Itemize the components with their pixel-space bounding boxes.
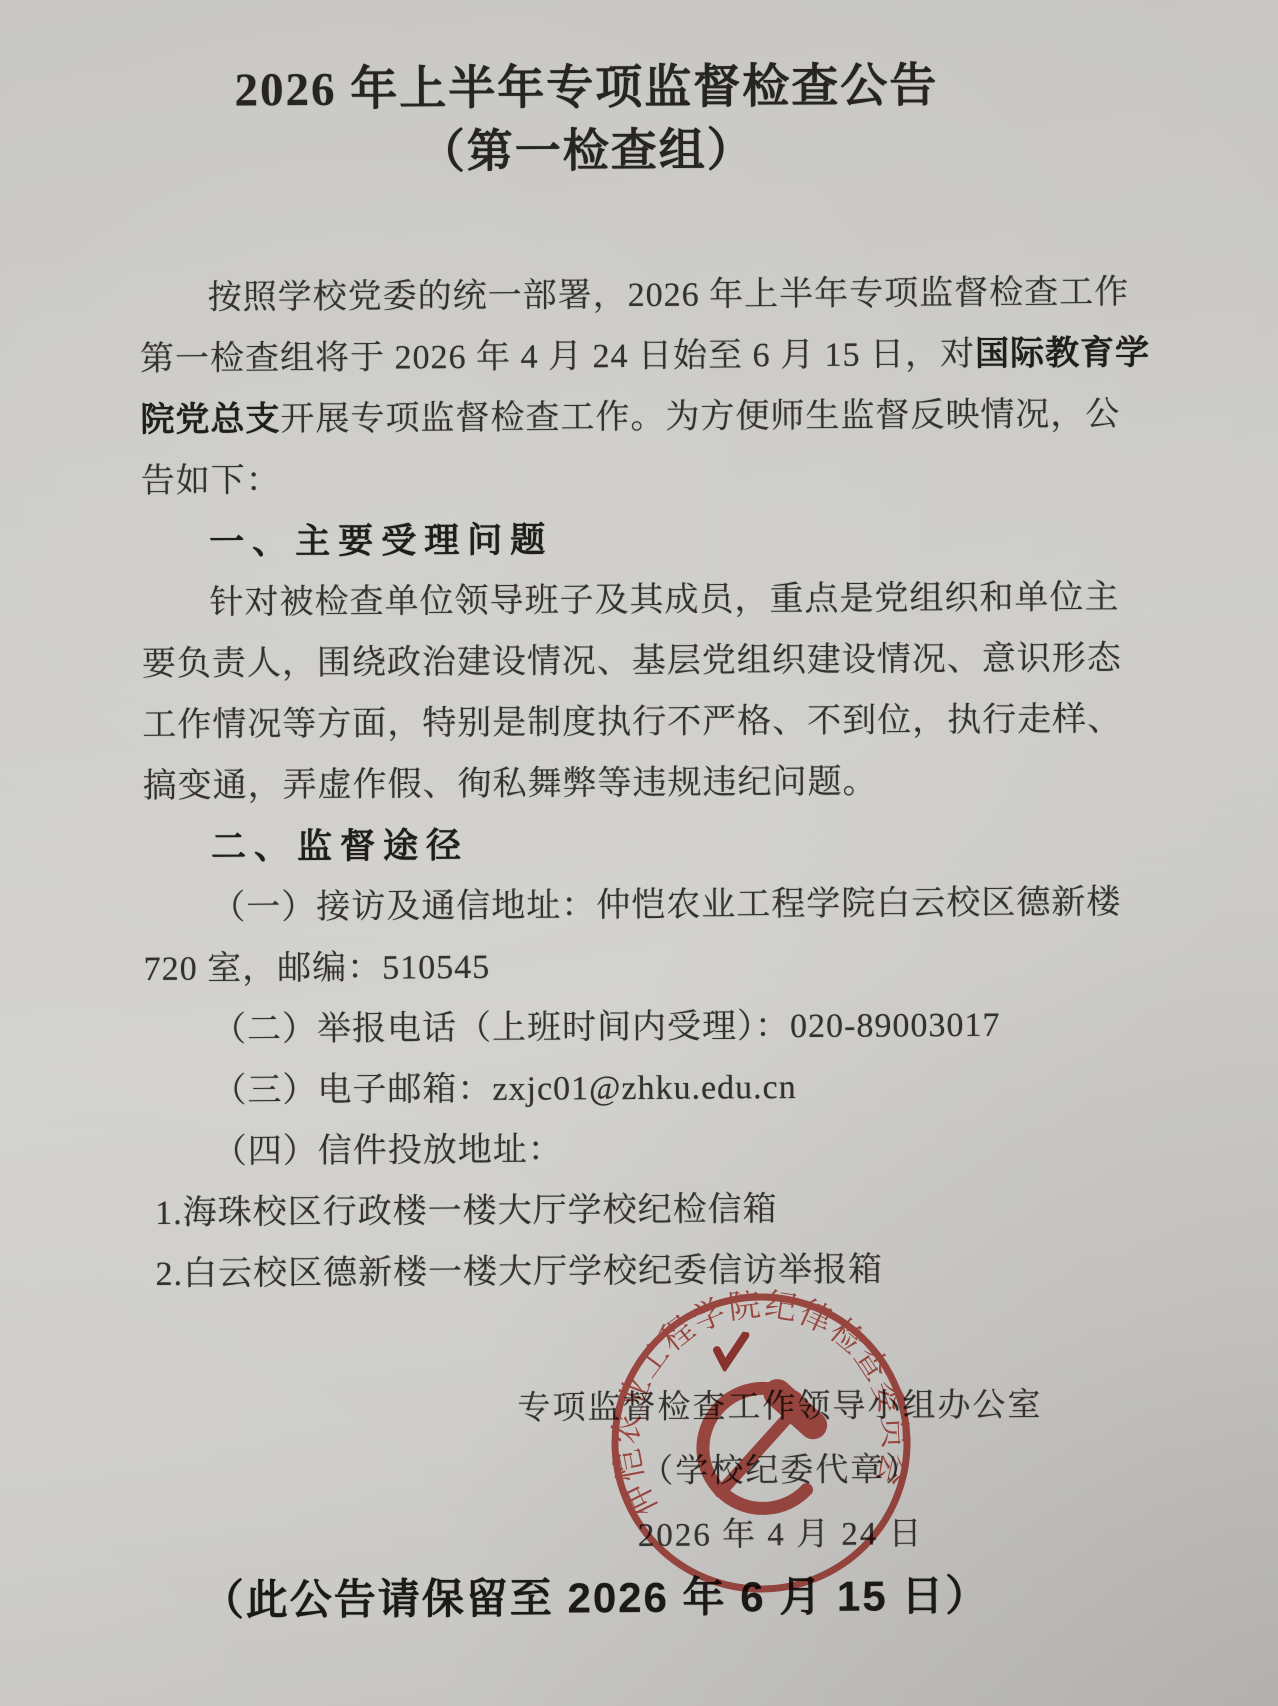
red-tick-mark: [709, 1328, 750, 1375]
doc-text: 1.海珠校区行政楼一楼大厅学校纪检信箱: [155, 1191, 778, 1232]
doc-text: （四）信件投放地址：: [213, 1131, 563, 1170]
doc-body: 按照学校党委的统一部署，2026 年上半年专项监督检查工作第一检查组将于 202…: [0, 261, 1278, 1306]
doc-line: 告如下：: [0, 444, 1277, 513]
doc-text: （三）电子邮箱：zxjc01@zhku.edu.cn: [212, 1069, 796, 1110]
doc-text: （二）举报电话（上班时间内受理）：020-89003017: [212, 1007, 1001, 1049]
doc-line: 院党总支开展专项监督检查工作。为方便师生监督反映情况，公: [0, 383, 1277, 452]
doc-text: 告如下：: [141, 462, 281, 500]
doc-line: 720 室，邮编：510545: [2, 932, 1278, 1001]
doc-line: 要负责人，围绕政治建设情况、基层党组织建设情况、意识形态: [0, 627, 1278, 696]
seal-ring-text: 仲恺农业工程学院纪律检查委员会: [600, 1282, 916, 1522]
doc-text: （一）接访及通信地址：仲恺农业工程学院白云校区德新楼: [211, 884, 1121, 927]
doc-text: 要负责人，围绕政治建设情况、基层党组织建设情况、意识形态: [142, 640, 1122, 683]
doc-line: （四）信件投放地址：: [3, 1115, 1278, 1184]
doc-line: 第一检查组将于 2026 年 4 月 24 日始至 6 月 15 日，对国际教育…: [0, 322, 1276, 391]
doc-line: 1.海珠校区行政楼一楼大厅学校纪检信箱: [3, 1176, 1278, 1245]
doc-line: 针对被检查单位领导班子及其成员，重点是党组织和单位主: [0, 566, 1278, 635]
doc-text: 720 室，邮编：510545: [144, 949, 491, 988]
doc-line: 工作情况等方面，特别是制度执行不严格、不到位，执行走样、: [0, 688, 1278, 757]
doc-text: 一、主要受理问题: [209, 521, 553, 562]
photo-background: 2026 年上半年专项监督检查公告 （第一检查组） 按照学校党委的统一部署，20…: [0, 0, 1278, 1706]
doc-line: （一）接访及通信地址：仲恺农业工程学院白云校区德新楼: [1, 871, 1278, 940]
hammer-sickle-icon: [700, 1386, 817, 1512]
doc-text: 第一检查组将于 2026 年 4 月 24 日始至 6 月 15 日，对: [140, 336, 975, 378]
doc-line: （二）举报电话（上班时间内受理）：020-89003017: [2, 993, 1278, 1062]
doc-text: 针对被检查单位领导班子及其成员，重点是党组织和单位主: [209, 579, 1119, 622]
doc-title-line2: （第一检查组）: [0, 116, 1226, 186]
doc-text-bold: 国际教育学: [975, 334, 1150, 373]
official-seal-graphic: 仲恺农业工程学院纪律检查委员会: [600, 1282, 922, 1604]
doc-line: 二、监督途径: [1, 810, 1278, 879]
doc-text: 按照学校党委的统一部署，2026 年上半年专项监督检查工作: [208, 274, 1130, 317]
official-seal: 仲恺农业工程学院纪律检查委员会: [600, 1282, 922, 1604]
doc-text: 工作情况等方面，特别是制度执行不严格、不到位，执行走样、: [142, 701, 1122, 744]
doc-text: 二、监督途径: [211, 826, 469, 867]
doc-title-line1: 2026 年上半年专项监督检查公告: [0, 52, 1226, 124]
doc-line: 按照学校党委的统一部署，2026 年上半年专项监督检查工作: [0, 261, 1276, 330]
doc-text: 开展专项监督检查工作。为方便师生监督反映情况，公: [280, 396, 1120, 438]
doc-line: 一、主要受理问题: [0, 505, 1277, 574]
doc-line: （三）电子邮箱：zxjc01@zhku.edu.cn: [2, 1054, 1278, 1123]
doc-line: 搞变通，弄虚作假、徇私舞弊等违规违纪问题。: [0, 749, 1278, 818]
doc-text: 搞变通，弄虚作假、徇私舞弊等违规违纪问题。: [143, 764, 878, 805]
doc-text: 2.白云校区德新楼一楼大厅学校纪委信访举报箱: [155, 1252, 883, 1293]
doc-text-bold: 院党总支: [140, 400, 280, 439]
